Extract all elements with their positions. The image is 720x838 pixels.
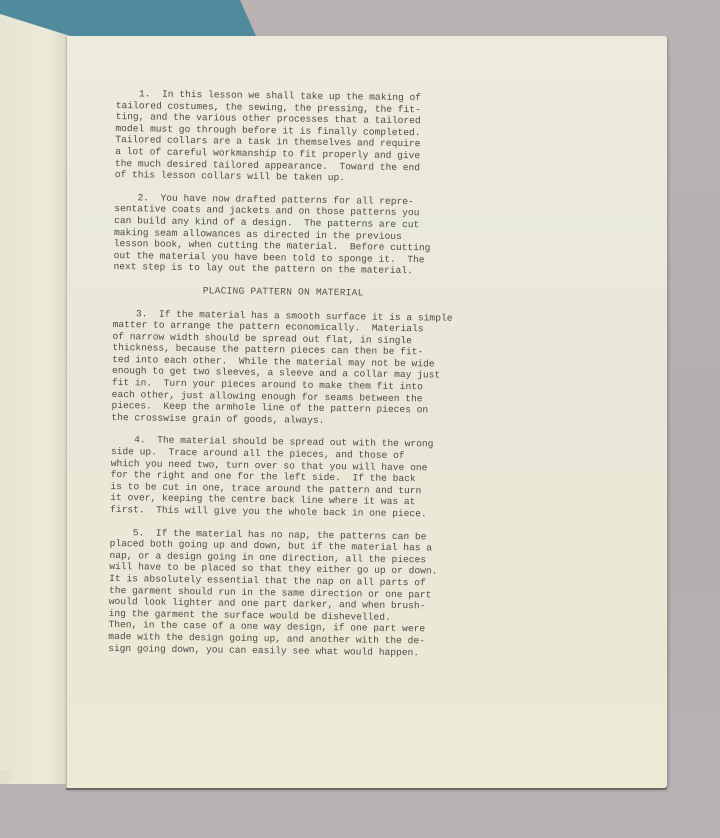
typewritten-text: 1. In this lesson we shall take up the m… <box>108 88 456 670</box>
paragraph-2: 2. You have now drafted patterns for all… <box>113 192 454 278</box>
section-heading: PLACING PATTERN ON MATERIAL <box>113 284 453 300</box>
paragraph-3: 3. If the material has a smooth surface … <box>111 307 453 428</box>
paragraphs-before-heading: 1. In this lesson we shall take up the m… <box>113 88 456 278</box>
paragraphs-after-heading: 3. If the material has a smooth surface … <box>108 307 453 658</box>
paragraph-5: 5. If the material has no nap, the patte… <box>108 527 450 659</box>
left-page <box>0 14 71 784</box>
paragraph-1: 1. In this lesson we shall take up the m… <box>115 88 456 185</box>
paragraph-4: 4. The material should be spread out wit… <box>110 434 451 520</box>
